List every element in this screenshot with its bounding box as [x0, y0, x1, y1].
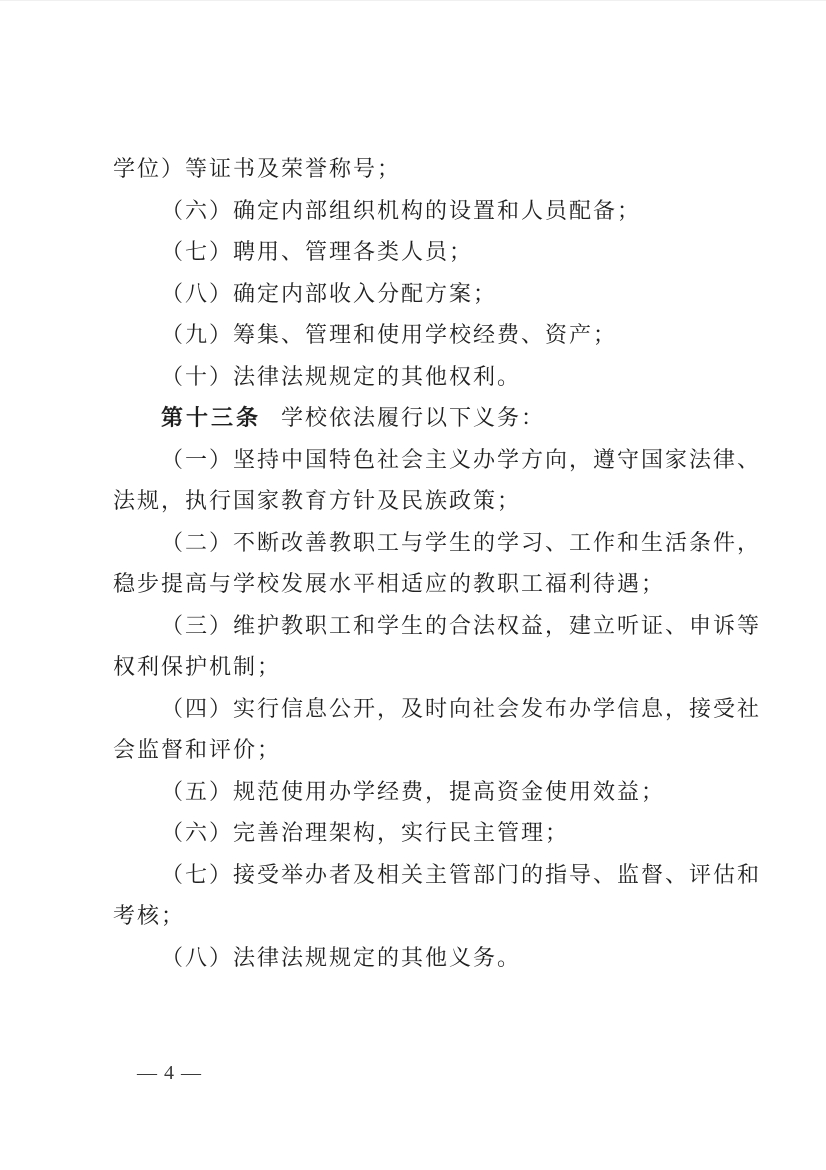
text-line: 稳步提高与学校发展水平相适应的教职工福利待遇；: [113, 563, 715, 605]
text-line: 会监督和评价；: [113, 729, 715, 771]
text-line: （三）维护教职工和学生的合法权益，建立听证、申诉等: [113, 605, 715, 647]
article-13-number: 第十三条: [161, 405, 261, 430]
text-line: （六）完善治理架构，实行民主管理；: [113, 812, 715, 854]
text-line: 权利保护机制；: [113, 646, 715, 688]
text-line article-13: 第十三条学校依法履行以下义务：: [113, 397, 715, 439]
text-line: （七）接受举办者及相关主管部门的指导、监督、评估和: [113, 854, 715, 896]
page-number: — 4 —: [137, 1053, 202, 1093]
text-line: （六）确定内部组织机构的设置和人员配备；: [113, 190, 715, 232]
article-13-text: 学校依法履行以下义务：: [281, 405, 545, 430]
text-line: （八）法律法规规定的其他义务。: [113, 937, 715, 979]
text-line: 学位）等证书及荣誉称号；: [113, 148, 715, 190]
text-line: （二）不断改善教职工与学生的学习、工作和生活条件，: [113, 522, 715, 564]
text-line: （七）聘用、管理各类人员；: [113, 231, 715, 273]
text-line: 法规，执行国家教育方针及民族政策；: [113, 480, 715, 522]
text-line: （一）坚持中国特色社会主义办学方向，遵守国家法律、: [113, 439, 715, 481]
text-line: （四）实行信息公开，及时向社会发布办学信息，接受社: [113, 688, 715, 730]
document-page: 学位）等证书及荣誉称号； （六）确定内部组织机构的设置和人员配备； （七）聘用、…: [0, 0, 826, 1170]
text-line: （五）规范使用办学经费，提高资金使用效益；: [113, 771, 715, 813]
text-line: （九）筹集、管理和使用学校经费、资产；: [113, 314, 715, 356]
document-body: 学位）等证书及荣誉称号； （六）确定内部组织机构的设置和人员配备； （七）聘用、…: [113, 148, 715, 978]
text-line: 考核；: [113, 895, 715, 937]
text-line: （十）法律法规规定的其他权利。: [113, 356, 715, 398]
text-line: （八）确定内部收入分配方案；: [113, 273, 715, 315]
